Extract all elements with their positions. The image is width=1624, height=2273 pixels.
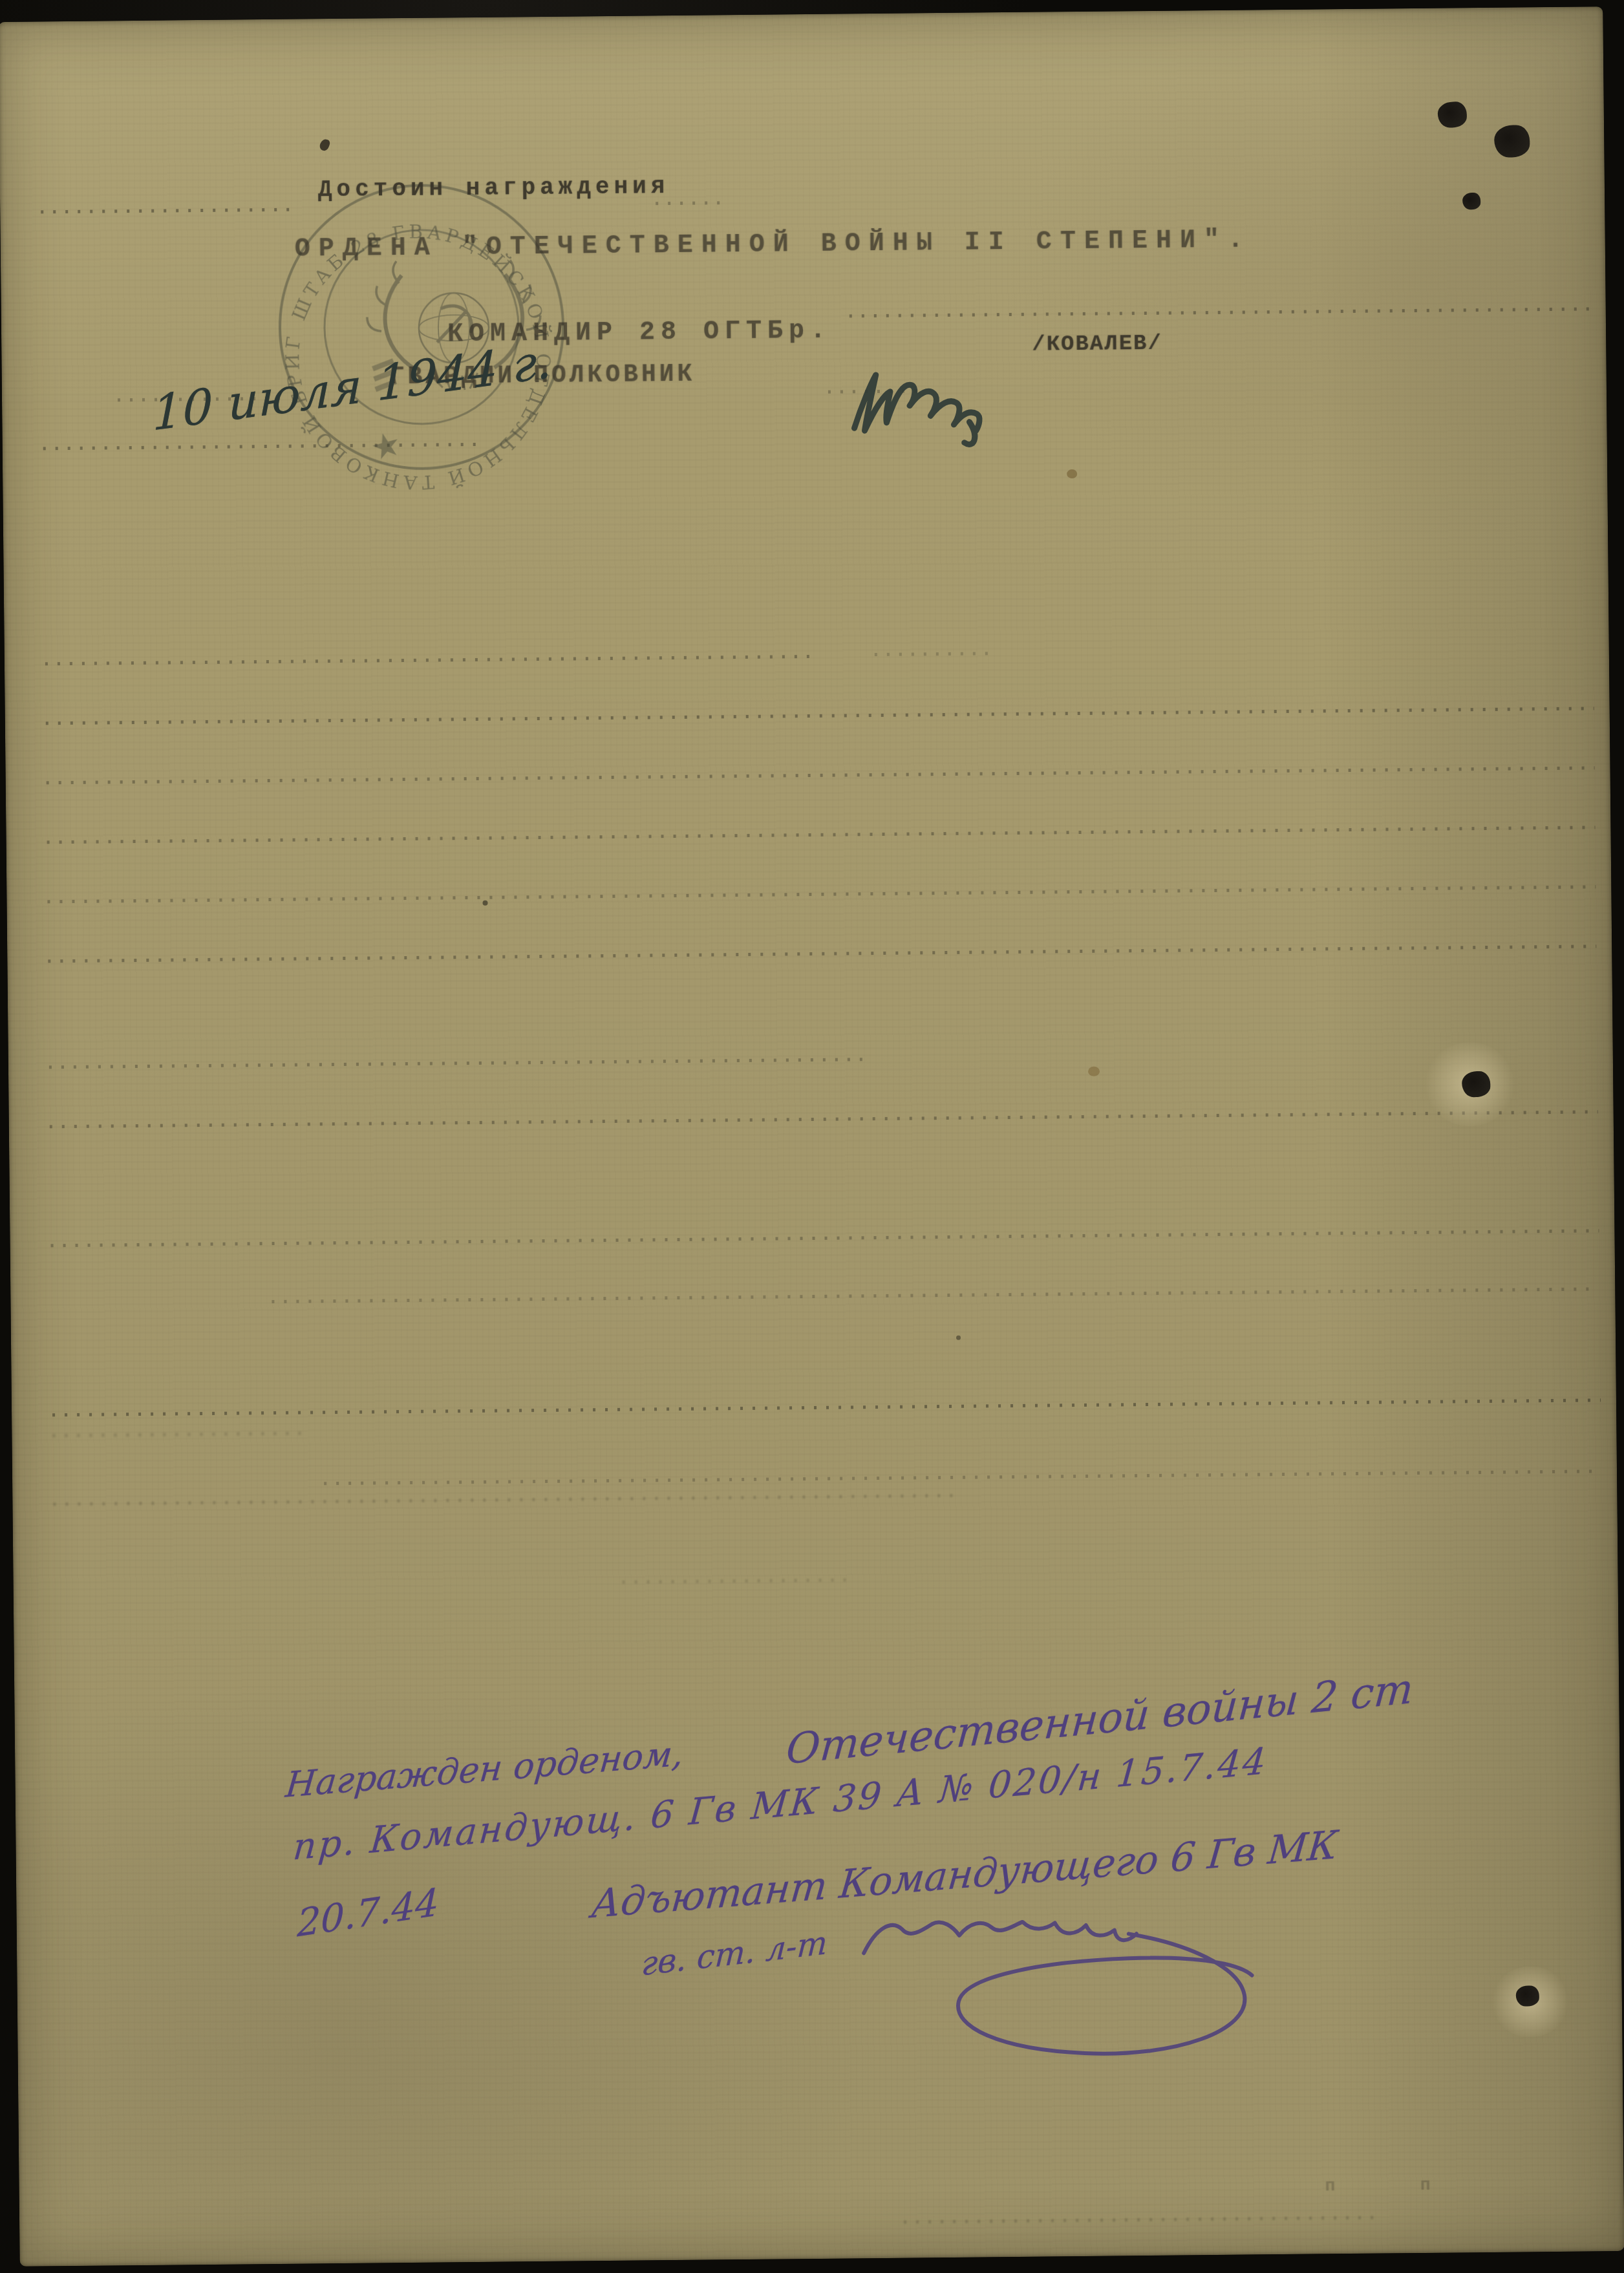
- dotted-line: [324, 1469, 1601, 1485]
- dotted-line: [50, 1110, 1598, 1128]
- paper-fleck: [319, 138, 331, 152]
- dotted-line: [53, 1494, 955, 1506]
- dotted-line: [52, 1432, 304, 1438]
- punch-hole: [1516, 1985, 1539, 2006]
- dotted-line: [656, 201, 720, 205]
- faint-marks: п п: [1325, 2175, 1468, 2195]
- adjutant-signature: [824, 1903, 1408, 2102]
- paper-fleck: [956, 1336, 961, 1340]
- dotted-line: [849, 307, 1593, 317]
- dotted-line: [875, 652, 991, 656]
- dotted-line: [623, 1578, 855, 1583]
- dotted-line: [904, 2216, 1382, 2224]
- punch-hole: [1462, 193, 1480, 209]
- dotted-line: [47, 826, 1596, 844]
- stain-spot: [1088, 1067, 1100, 1076]
- document-page: ШТАБ 28 ГВАРДЕЙСКОЙ ОТДЕЛЬНОЙ ТАНКОВОЙ Б…: [0, 6, 1624, 2267]
- dotted-line: [48, 944, 1596, 963]
- dotted-line: [45, 655, 818, 665]
- dotted-line: [52, 1398, 1601, 1416]
- dotted-line: [41, 208, 290, 214]
- dotted-line: [51, 1229, 1599, 1247]
- punch-hole: [1494, 125, 1530, 158]
- award-note-line4-rank: гв. ст. л-т: [641, 1924, 829, 1983]
- dotted-line: [47, 885, 1596, 903]
- dotted-line: [272, 1287, 1598, 1303]
- punch-hole: [1462, 1071, 1490, 1097]
- paper-fleck: [482, 901, 487, 906]
- scan-background: ШТАБ 28 ГВАРДЕЙСКОЙ ОТДЕЛЬНОЙ ТАНКОВОЙ Б…: [0, 0, 1624, 2273]
- dotted-line: [47, 766, 1595, 784]
- dotted-line: [46, 707, 1594, 725]
- award-note-line3-date: 20.7.44: [297, 1880, 440, 1946]
- verdict-line: Достоин награждения: [318, 173, 670, 203]
- kovalev-signature: [842, 365, 1031, 451]
- stain-spot: [1067, 469, 1077, 478]
- punch-hole: [1438, 101, 1467, 127]
- commander-surname: /КОВАЛЕВ/: [1032, 332, 1162, 357]
- dotted-line: [49, 1058, 864, 1069]
- award-note-line1-left: Награжден орденом,: [284, 1733, 685, 1806]
